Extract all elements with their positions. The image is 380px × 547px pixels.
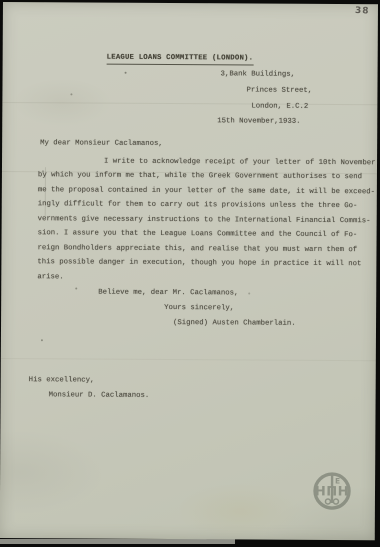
body-paragraph: I write to acknowledge receipt of your l… [37,154,375,287]
page-number: 38 [355,6,370,17]
address-line: London, E.C.2 [251,99,312,115]
body-line: ingly difficult for them to carry out it… [38,197,376,214]
body-line: by which you inform me that, while the G… [38,168,376,185]
paper-crease [1,358,376,361]
salutation: My dear Monsieur Caclamanos, [40,136,163,151]
letterhead-address-block: 3,Bank Buildings,Princes Street,London, … [39,66,312,131]
scanner-bed-edge [0,539,235,544]
closing-line: Believe me, dear Mr. Caclamanos, [98,286,296,302]
letter-page: 38 LEAGUE LOANS COMMITTEE (LONDON). 3,Ba… [0,2,378,540]
closing-block: Believe me, dear Mr. Caclamanos,Yours si… [38,285,296,332]
address-line: 15th November,1933. [217,115,312,131]
archive-stamp-icon: ΗΠΗ Ε [301,460,363,522]
body-line: this possible danger in execution, thoug… [37,256,375,273]
closing-line: (Signed) Austen Chamberlain. [173,316,296,332]
stamp-monogram: ΗΠΗ [315,484,349,499]
closing-line: Yours sincerely, [164,301,296,317]
letterhead-title: LEAGUE LOANS COMMITTEE (LONDON). [107,54,254,65]
body-line: arise. [37,270,375,287]
recipient-line: Monsieur D. Caclamanos. [49,388,150,404]
address-line: Princes Street, [246,83,312,99]
scan-background: { "page_number": "38", "letterhead": { "… [0,0,380,547]
stamp-top-letter: Ε [335,477,340,486]
recipient-line: His excellency, [29,373,150,389]
recipient-block: His excellency,Monsieur D. Caclamanos. [29,373,150,404]
address-line: 3,Bank Buildings, [221,67,313,83]
